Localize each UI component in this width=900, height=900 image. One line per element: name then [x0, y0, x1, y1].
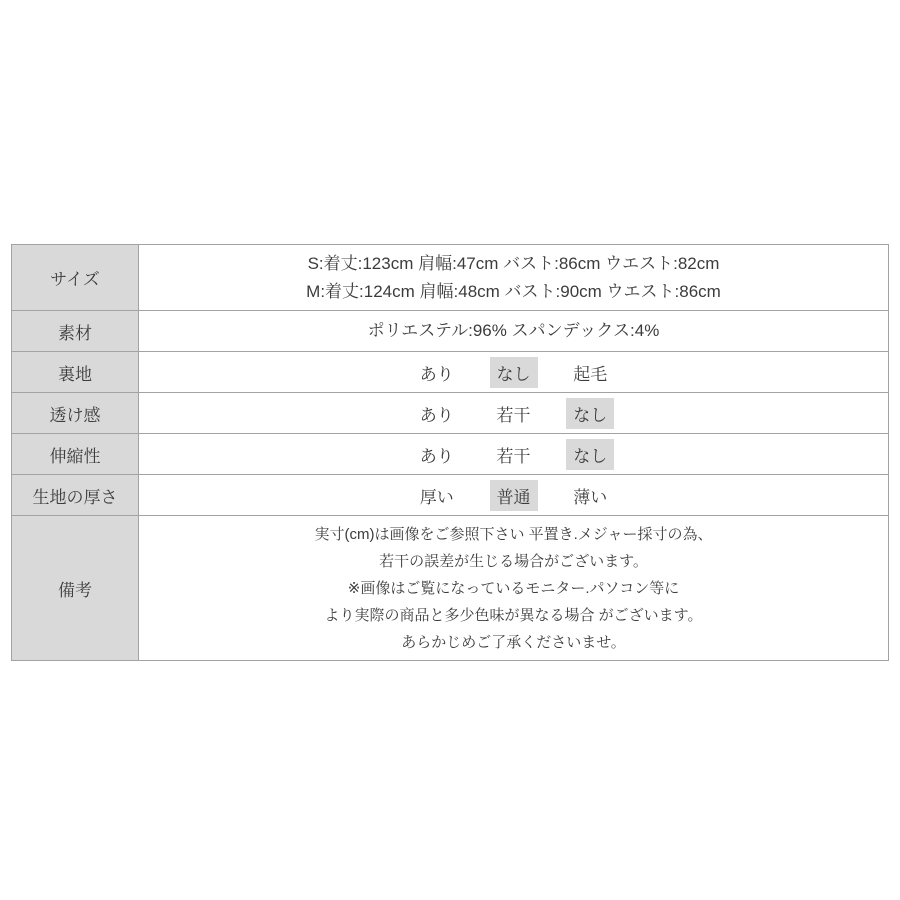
option-sheer-jakkan: 若干 [490, 398, 538, 429]
remarks-line-5: あらかじめご了承くださいませ。 [139, 629, 888, 656]
size-line-s: S:着丈:123cm 肩幅:47cm バスト:86cm ウエスト:82cm [139, 250, 888, 278]
row-label-stretch: 伸縮性 [12, 434, 139, 475]
option-thickness-futsuu: 普通 [490, 480, 538, 511]
remarks-line-4: より実際の商品と多少色味が異なる場合 がございます。 [139, 602, 888, 629]
spec-row-size: サイズ S:着丈:123cm 肩幅:47cm バスト:86cm ウエスト:82c… [12, 245, 889, 311]
spec-row-stretch: 伸縮性 あり 若干 なし [12, 434, 889, 475]
remarks-line-2: 若干の誤差が生じる場合がございます。 [139, 548, 888, 575]
option-stretch-nashi: なし [566, 439, 614, 470]
product-spec-page: サイズ S:着丈:123cm 肩幅:47cm バスト:86cm ウエスト:82c… [0, 0, 900, 900]
option-stretch-jakkan: 若干 [490, 439, 538, 470]
spec-row-sheerness: 透け感 あり 若干 なし [12, 393, 889, 434]
row-value-sheerness: あり 若干 なし [139, 393, 889, 434]
option-stretch-ari: あり [413, 439, 461, 470]
row-value-remarks: 実寸(cm)は画像をご参照下さい 平置き.メジャー採寸の為、 若干の誤差が生じる… [139, 516, 889, 661]
material-line: ポリエステル:96% スパンデックス:4% [139, 317, 888, 345]
row-label-size: サイズ [12, 245, 139, 311]
option-lining-ari: あり [413, 357, 461, 388]
row-label-remarks: 備考 [12, 516, 139, 661]
row-label-material: 素材 [12, 311, 139, 352]
spec-row-remarks: 備考 実寸(cm)は画像をご参照下さい 平置き.メジャー採寸の為、 若干の誤差が… [12, 516, 889, 661]
row-value-stretch: あり 若干 なし [139, 434, 889, 475]
option-lining-nashi: なし [490, 357, 538, 388]
row-value-lining: あり なし 起毛 [139, 352, 889, 393]
option-sheer-ari: あり [413, 398, 461, 429]
option-thickness-atsui: 厚い [413, 480, 461, 511]
row-label-thickness: 生地の厚さ [12, 475, 139, 516]
product-spec-table: サイズ S:着丈:123cm 肩幅:47cm バスト:86cm ウエスト:82c… [11, 244, 889, 661]
option-thickness-usui: 薄い [566, 480, 614, 511]
row-label-sheerness: 透け感 [12, 393, 139, 434]
row-value-thickness: 厚い 普通 薄い [139, 475, 889, 516]
row-value-material: ポリエステル:96% スパンデックス:4% [139, 311, 889, 352]
remarks-line-1: 実寸(cm)は画像をご参照下さい 平置き.メジャー採寸の為、 [139, 521, 888, 548]
option-sheer-nashi: なし [566, 398, 614, 429]
spec-row-lining: 裏地 あり なし 起毛 [12, 352, 889, 393]
row-value-size: S:着丈:123cm 肩幅:47cm バスト:86cm ウエスト:82cm M:… [139, 245, 889, 311]
spec-row-thickness: 生地の厚さ 厚い 普通 薄い [12, 475, 889, 516]
option-lining-kimou: 起毛 [566, 357, 614, 388]
row-label-lining: 裏地 [12, 352, 139, 393]
spec-row-material: 素材 ポリエステル:96% スパンデックス:4% [12, 311, 889, 352]
size-line-m: M:着丈:124cm 肩幅:48cm バスト:90cm ウエスト:86cm [139, 278, 888, 306]
remarks-line-3: ※画像はご覧になっているモニター.パソコン等に [139, 575, 888, 602]
